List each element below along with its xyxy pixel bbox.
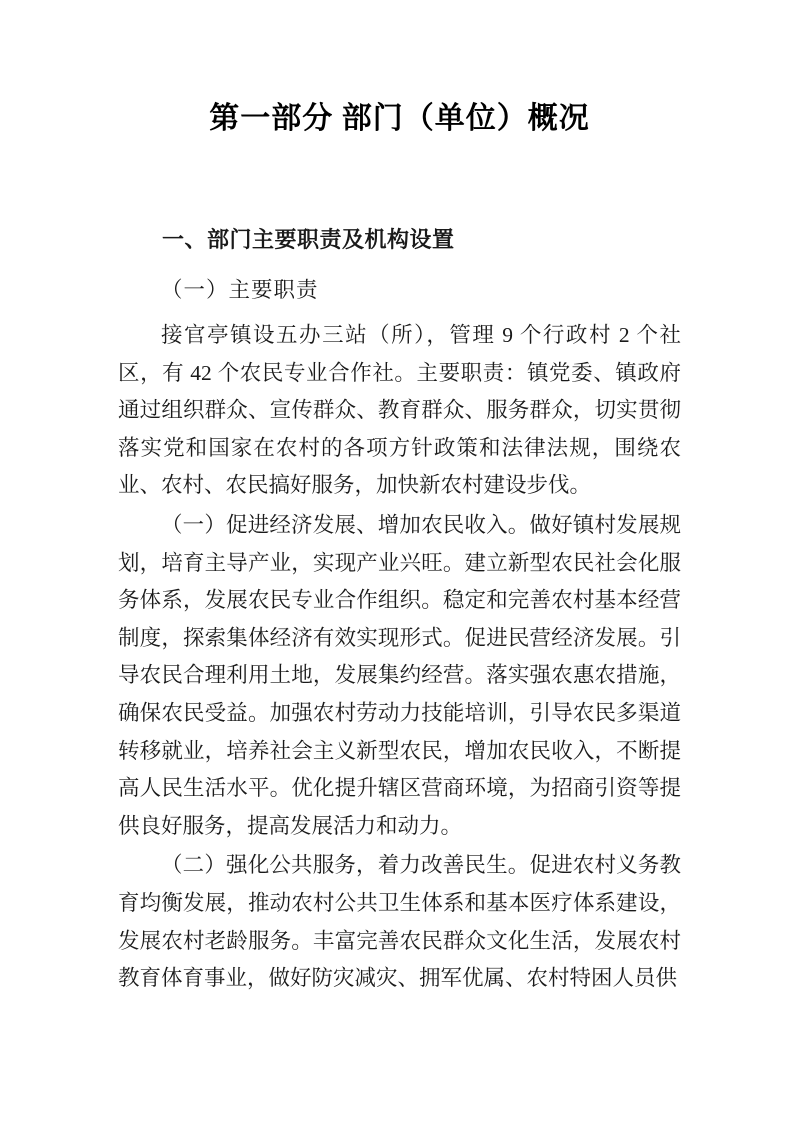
section-heading: 一、部门主要职责及机构设置: [118, 227, 681, 253]
document-page: 第一部分 部门（单位）概况 一、部门主要职责及机构设置 （一）主要职责 接官亭镇…: [0, 0, 793, 1122]
body-paragraph: （一）促进经济发展、增加农民收入。做好镇村发展规划，培育主导产业，实现产业兴旺。…: [118, 507, 681, 845]
document-title: 第一部分 部门（单位）概况: [118, 0, 681, 141]
sub-heading: （一）主要职责: [118, 276, 681, 304]
body-paragraph: 接官亭镇设五办三站（所），管理 9 个行政村 2 个社区，有 42 个农民专业合…: [118, 317, 681, 505]
body-text: 接官亭镇设五办三站（所），管理 9 个行政村 2 个社区，有 42 个农民专业合…: [118, 317, 681, 998]
body-paragraph: （二）强化公共服务，着力改善民生。促进农村义务教育均衡发展，推动农村公共卫生体系…: [118, 847, 681, 997]
